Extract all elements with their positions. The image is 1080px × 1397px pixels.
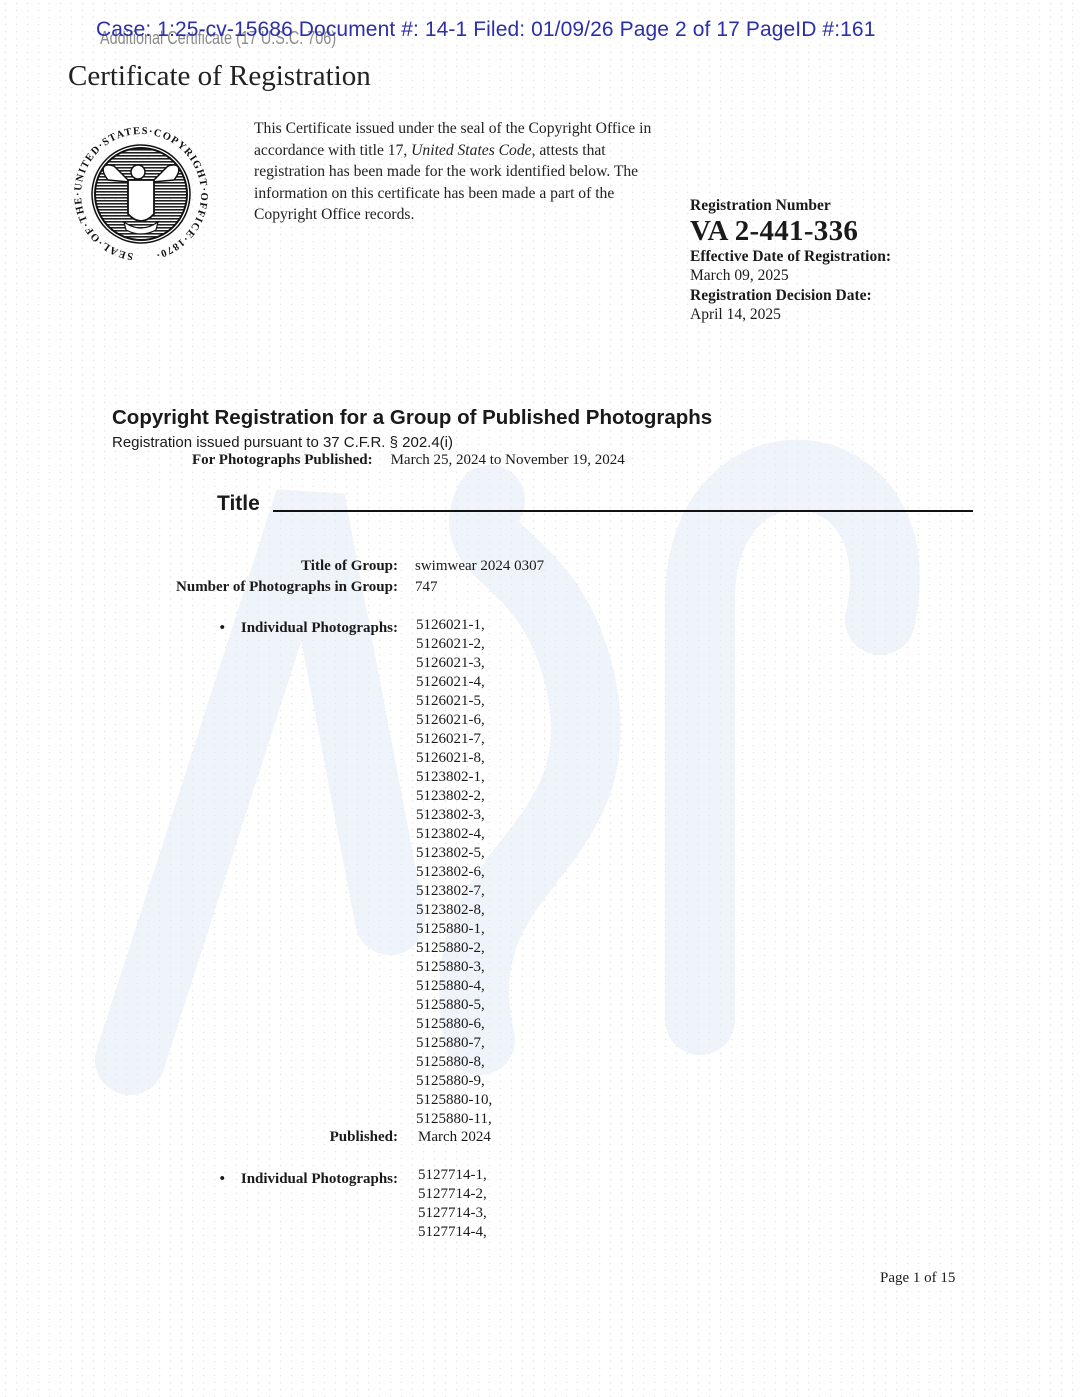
- group-1-published-value: March 2024: [418, 1128, 491, 1147]
- effective-date-label: Effective Date of Registration:: [690, 247, 891, 266]
- photo-id: 5127714-1,: [418, 1166, 487, 1185]
- section-title: Title: [217, 492, 260, 516]
- certificate-intro-text: This Certificate issued under the seal o…: [254, 118, 654, 226]
- photo-id: 5126021-4,: [416, 673, 492, 692]
- photo-id: 5123802-7,: [416, 882, 492, 901]
- photo-id: 5123802-2,: [416, 787, 492, 806]
- copyright-office-seal-icon: SEAL·OF·THE·UNITED·STATES·COPYRIGHT·OFFI…: [72, 122, 210, 272]
- photo-id: 5125880-10,: [416, 1091, 492, 1110]
- photo-count-label: Number of Photographs in Group:: [176, 578, 398, 597]
- photo-id: 5126021-7,: [416, 730, 492, 749]
- decision-date-label: Registration Decision Date:: [690, 286, 891, 305]
- publication-range-label: For Photographs Published:: [192, 452, 373, 468]
- photo-id: 5125880-11,: [416, 1110, 492, 1129]
- photo-id: 5125880-4,: [416, 977, 492, 996]
- publication-range: For Photographs Published:March 25, 2024…: [192, 452, 625, 469]
- title-of-group-value: swimwear 2024 0307: [415, 557, 544, 576]
- registration-info: Registration Number VA 2-441-336 Effecti…: [690, 196, 891, 325]
- group-2-label: •Individual Photographs:: [220, 1170, 398, 1189]
- certificate-title: Certificate of Registration: [68, 60, 371, 93]
- photo-id: 5127714-2,: [418, 1185, 487, 1204]
- photo-id: 5126021-3,: [416, 654, 492, 673]
- photo-id: 5125880-5,: [416, 996, 492, 1015]
- decision-date: April 14, 2025: [690, 305, 891, 325]
- photo-id: 5126021-8,: [416, 749, 492, 768]
- photo-id: 5123802-8,: [416, 901, 492, 920]
- photo-id: 5125880-9,: [416, 1072, 492, 1091]
- group-2-photo-list: 5127714-1,5127714-2,5127714-3,5127714-4,: [418, 1166, 487, 1242]
- effective-date: March 09, 2025: [690, 266, 891, 286]
- photo-id: 5125880-7,: [416, 1034, 492, 1053]
- photo-id: 5126021-2,: [416, 635, 492, 654]
- photo-id: 5126021-5,: [416, 692, 492, 711]
- publication-range-value: March 25, 2024 to November 19, 2024: [391, 452, 625, 468]
- section-divider: [273, 510, 973, 512]
- photo-id: 5125880-2,: [416, 939, 492, 958]
- court-filing-stamp: Case: 1:25-cv-15686 Document #: 14-1 Fil…: [96, 18, 875, 42]
- photo-id: 5127714-3,: [418, 1204, 487, 1223]
- photo-id: 5126021-1,: [416, 616, 492, 635]
- photo-count-value: 747: [415, 578, 438, 597]
- page-number: Page 1 of 15: [880, 1270, 955, 1287]
- photo-id: 5125880-6,: [416, 1015, 492, 1034]
- photo-id: 5127714-4,: [418, 1223, 487, 1242]
- title-of-group-label: Title of Group:: [301, 557, 398, 576]
- photo-id: 5125880-1,: [416, 920, 492, 939]
- registration-subheading: Registration issued pursuant to 37 C.F.R…: [112, 434, 453, 451]
- registration-heading: Copyright Registration for a Group of Pu…: [112, 406, 712, 430]
- photo-id: 5125880-3,: [416, 958, 492, 977]
- group-1-photo-list: 5126021-1,5126021-2,5126021-3,5126021-4,…: [416, 616, 492, 1129]
- group-1-published-label: Published:: [330, 1128, 398, 1147]
- photo-id: 5123802-3,: [416, 806, 492, 825]
- photo-id: 5123802-5,: [416, 844, 492, 863]
- photo-id: 5123802-4,: [416, 825, 492, 844]
- photo-id: 5126021-6,: [416, 711, 492, 730]
- registration-number-label: Registration Number: [690, 196, 891, 215]
- photo-id: 5123802-1,: [416, 768, 492, 787]
- photo-id: 5123802-6,: [416, 863, 492, 882]
- group-1-label: •Individual Photographs:: [220, 619, 398, 638]
- photo-id: 5125880-8,: [416, 1053, 492, 1072]
- registration-number: VA 2-441-336: [690, 215, 891, 247]
